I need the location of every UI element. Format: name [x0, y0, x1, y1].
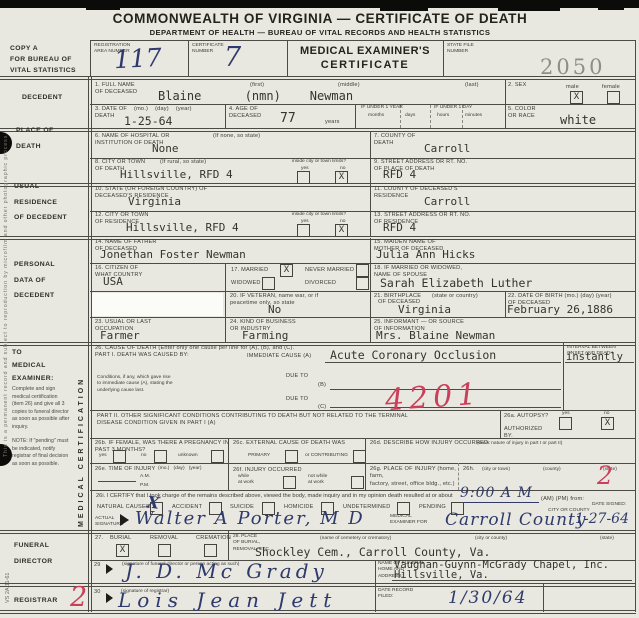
copy-block: COPY A FOR BUREAU OF VITAL STATISTICS: [10, 44, 76, 77]
conditions-note: Conditions, if any, which gave rise to i…: [97, 375, 173, 394]
field-6-value: None: [152, 142, 179, 155]
burial-label: BURIAL: [110, 535, 131, 542]
field-25-value: Mrs. Blaine Newman: [376, 329, 495, 342]
field-2-label: 2. SEX: [508, 82, 527, 89]
female-checkbox: [607, 91, 620, 104]
date-record-filed-label: DATE RECORD FILED:: [378, 588, 413, 601]
field-14-value: Jonethan Foster Newman: [100, 248, 246, 261]
divider: [90, 463, 635, 464]
medical-examiner-signature: Walter A Porter, M D: [135, 508, 365, 529]
due-to-c-paren: (C): [318, 404, 326, 411]
field-28-hint2: (city or county): [475, 536, 507, 542]
certificate-number-value: 7: [224, 42, 241, 73]
under-1-year-label: IF UNDER 1 YEAR: [361, 105, 403, 111]
divider: [543, 583, 544, 612]
field-5-value: white: [560, 113, 596, 127]
field-28-hint3: (state): [600, 536, 614, 542]
arrow-icon: [120, 514, 129, 526]
ampm-from-label: (AM) (PM) from:: [541, 496, 584, 503]
field-23-value: Farmer: [100, 329, 140, 342]
not-while-at-work-label: not while at work: [308, 474, 327, 487]
fill-line: [565, 362, 634, 363]
autopsy-no-checkbox: X: [601, 417, 614, 430]
under-1-year-days: days: [405, 113, 415, 119]
field-12-value: Hillsville, RFD 4: [126, 221, 239, 234]
field-8-hint: (If rural, so state): [160, 159, 206, 166]
while-at-work-checkbox: [283, 476, 296, 489]
removal-checkbox: [158, 544, 171, 557]
fill-line: [325, 362, 561, 363]
field-8-limits-label: inside city or town limits?: [292, 159, 364, 165]
field-11-value: Carroll: [424, 195, 470, 208]
scan-edge-notch: [598, 8, 624, 10]
due-to-b-paren: (B): [318, 382, 326, 389]
field-17-divorced-label: DIVORCED: [305, 280, 336, 287]
examiner-jurisdiction-value: Carroll County: [445, 510, 586, 530]
am-label: A.M.: [140, 474, 150, 480]
registrar-signature: Lois Jean Jett: [118, 588, 337, 612]
pending-label: PENDING: [419, 504, 446, 511]
section-medical-certification: MEDICAL CERTIFICATION: [78, 377, 85, 527]
field-20-value: No: [268, 303, 281, 316]
certificate-number-label: CERTIFICATE NUMBER: [192, 43, 224, 56]
divider: [90, 317, 635, 318]
field-1-value: Blaine (nmn) Newman: [158, 89, 353, 103]
red-code-4201: 4201: [384, 377, 483, 419]
pen-underline: [455, 502, 539, 503]
date-signed-value: 1-27-64: [575, 511, 629, 527]
field-26h-num: 26h.: [463, 466, 475, 473]
contributing-label: or CONTRIBUTING: [305, 453, 348, 459]
divider: [90, 438, 635, 439]
field-10-value: Virginia: [128, 195, 181, 208]
divider: [355, 104, 356, 128]
medical-examiner-note: Complete and sign medical certification …: [12, 386, 70, 431]
pm-label: P.M.: [140, 483, 149, 489]
field-5-label: 5. COLOR OR RACE: [508, 106, 536, 121]
field-17-never-label: NEVER MARRIED: [305, 267, 354, 274]
field-28-hint1: (name of cemetery or crematory): [320, 536, 391, 542]
due-to-b-label: DUE TO: [286, 373, 308, 380]
field-17-widowed-label: WIDOWED: [231, 280, 261, 287]
blank-whiteout-box: [92, 293, 223, 316]
field-21-hint: (state or country): [432, 293, 478, 300]
divider: [225, 263, 226, 342]
field-26e-label: 26e. TIME OF INJURY: [95, 466, 155, 473]
divider: [443, 40, 444, 77]
divider: [90, 490, 635, 491]
pregnancy-no-label: no: [141, 453, 146, 459]
field-7-value: Carroll: [424, 142, 470, 155]
divider: [0, 128, 636, 132]
limits-no-checkbox: X: [335, 171, 348, 184]
field-4-value: 77: [280, 111, 296, 126]
medical-examiner-for-label: MEDICAL EXAMINER FOR: [390, 514, 427, 527]
page-title: COMMONWEALTH OF VIRGINIA — CERTIFICATE O…: [40, 11, 600, 26]
divider: [370, 132, 371, 236]
divider: [90, 410, 635, 411]
divider: [0, 530, 636, 534]
field-30-num: 30: [94, 589, 101, 596]
section-personal-data: PERSONAL DATA OF DECEDENT: [14, 257, 55, 304]
authorized-by-label: AUTHORIZED BY.: [504, 426, 542, 441]
divider: [188, 40, 189, 77]
divider: [375, 560, 376, 612]
scan-edge-top: [0, 0, 639, 8]
field-26g-label: 26g. PLACE OF INJURY (home, farm, factor…: [370, 466, 458, 488]
field-3-hint: (mo.) (day) (year): [134, 106, 192, 113]
section-to-medical-examiner: TO MEDICAL EXAMINER:: [12, 347, 54, 386]
field-1-label: 1. FULL NAME OF DECEASED: [95, 82, 137, 97]
immediate-cause-label: IMMEDIATE CAUSE (A): [247, 353, 311, 360]
field-22-value: February 26,1886: [507, 303, 613, 316]
field-26c-label: 26c. EXTERNAL CAUSE OF DEATH WAS: [233, 440, 345, 447]
date-record-filed-value: 1/30/64: [448, 588, 528, 608]
divider: [500, 410, 501, 438]
field-9-value: RFD 4: [383, 168, 416, 181]
under-1-day-hours: hours: [437, 113, 449, 119]
field-21-value: Virginia: [398, 303, 451, 316]
field-28-value: Shockley Cem., Carroll County, Va.: [255, 545, 490, 559]
field-26h-county-hint: (county): [543, 467, 561, 473]
under-1-day-minutes: minutes: [465, 113, 482, 119]
never-married-checkbox: [356, 264, 369, 277]
form-code: VS 2A 11-61: [5, 573, 11, 603]
divider: [90, 40, 635, 41]
field-3-value: 1-25-64: [124, 114, 172, 128]
field-4-years-label: years: [325, 119, 340, 126]
part-2-label: PART II. OTHER SIGNIFICANT CONDITIONS CO…: [97, 413, 492, 428]
divider: [225, 104, 226, 128]
divider: [458, 463, 459, 490]
pregnancy-yes-label: yes: [99, 453, 107, 459]
field-7-label: 7. COUNTY OF DEATH: [374, 133, 415, 148]
field-26d-label: 26d. DESCRIBE HOW INJURY OCCURRED.: [370, 440, 490, 447]
married-checkbox: X: [280, 264, 293, 277]
field-26e-hint: (mo.) (day) (year): [158, 466, 201, 472]
section-place-of-death: PLACE OF DEATH: [16, 123, 54, 154]
divider: [505, 80, 506, 128]
divider: [563, 343, 564, 410]
while-at-work-label: while at work: [238, 474, 254, 487]
under-1-day-label: IF UNDER 1 DAY: [434, 105, 472, 111]
field-8-value: Hillsville, RFD 4: [120, 168, 233, 181]
fill-line: [392, 580, 632, 581]
under-1-year-months: months: [368, 113, 384, 119]
limits-yes-checkbox: [297, 171, 310, 184]
due-to-c-label: DUE TO: [286, 396, 308, 403]
field-29-num: 29: [94, 562, 101, 569]
field-13-value: RFD 4: [383, 221, 416, 234]
divider: [90, 40, 91, 77]
widowed-checkbox: [262, 277, 275, 290]
field-18-value: Sarah Elizabeth Luther: [380, 276, 532, 290]
pregnancy-unknown-checkbox: [211, 450, 224, 463]
field-17-married-label: 17. MARRIED: [231, 267, 268, 274]
divider: [0, 76, 636, 80]
primary-checkbox: [285, 450, 298, 463]
date-signed-label: DATE SIGNED:: [592, 502, 626, 508]
field-26a-label: 26a. AUTOPSY?: [504, 413, 548, 420]
divider: [90, 291, 635, 292]
registration-area-value: 117: [113, 43, 162, 74]
fill-line: [98, 481, 136, 482]
divider: [635, 40, 636, 612]
section-usual-residence: USUAL RESIDENCE OF DECEDENT: [14, 179, 67, 226]
state-file-label: STATE FILE NUMBER: [447, 43, 474, 56]
not-while-at-work-checkbox: [351, 476, 364, 489]
field-26h-city-hint: (city or town): [482, 467, 510, 473]
red-mark-26h: 2: [597, 461, 613, 490]
primary-label: PRIMARY: [248, 453, 270, 459]
field-4-label: 4. AGE OF DECEASED: [229, 106, 261, 121]
margin-permanent-record-text: This is a permanent record and subject t…: [3, 132, 9, 457]
cremation-checkbox: [204, 544, 217, 557]
field-6-hint: (If none, so state): [213, 133, 260, 140]
section-decedent: DECEDENT: [22, 90, 63, 106]
arrow-icon: [106, 593, 113, 603]
field-16-value: USA: [103, 275, 123, 288]
me-certificate-line2: CERTIFICATE: [290, 59, 440, 71]
pregnancy-unknown-label: unknown: [178, 453, 198, 459]
funeral-director-signature: J. D. Mc Grady: [125, 559, 328, 583]
field-26d-hint: (enter nature of injury in part I or par…: [477, 441, 562, 447]
field-12-limits-label: inside city or town limits?: [292, 212, 364, 218]
male-checkbox: X: [570, 91, 583, 104]
red-mark-registrar: 2: [70, 582, 87, 613]
field-27-num: 27.: [95, 535, 103, 542]
section-registrar: REGISTRAR: [14, 593, 58, 609]
divider: [430, 105, 431, 128]
limits-yes-checkbox: [297, 224, 310, 237]
field-15-value: Julia Ann Hicks: [376, 248, 475, 261]
divider: [287, 40, 288, 77]
divider: [505, 291, 506, 317]
contributing-checkbox: [353, 450, 366, 463]
divorced-checkbox: [356, 277, 369, 290]
field-24-value: Farming: [242, 329, 288, 342]
burial-checkbox: X: [116, 544, 129, 557]
scan-edge-notch: [86, 8, 120, 10]
cause-a-value: Acute Coronary Occlusion: [330, 348, 496, 362]
limits-no-checkbox: X: [335, 224, 348, 237]
divider: [0, 583, 636, 587]
removal-label: REMOVAL: [150, 535, 178, 542]
pending-note: NOTE: If "pending" must be indicated, no…: [12, 438, 70, 468]
cremation-label: CREMATION: [196, 535, 231, 542]
field-3-label: 3. DATE OF DEATH: [95, 106, 127, 121]
page-subtitle: DEPARTMENT OF HEALTH — BUREAU OF VITAL R…: [40, 28, 600, 37]
pregnancy-yes-checkbox: [113, 450, 126, 463]
death-certificate: COMMONWEALTH OF VIRGINIA — CERTIFICATE O…: [0, 0, 639, 618]
divider: [370, 238, 371, 342]
actual-signature-label: ACTUAL SIGNATURE: [95, 516, 123, 529]
me-certificate-line1: MEDICAL EXAMINER'S: [290, 45, 440, 57]
section-funeral-director: FUNERAL DIRECTOR: [14, 538, 53, 569]
divider: [365, 438, 366, 490]
pregnancy-no-checkbox: [154, 450, 167, 463]
field-1-hint-last: (last): [465, 82, 479, 89]
autopsy-yes-checkbox: [559, 417, 572, 430]
death-time-value: 9:00 A M: [460, 485, 533, 501]
arrow-icon: [106, 564, 113, 574]
